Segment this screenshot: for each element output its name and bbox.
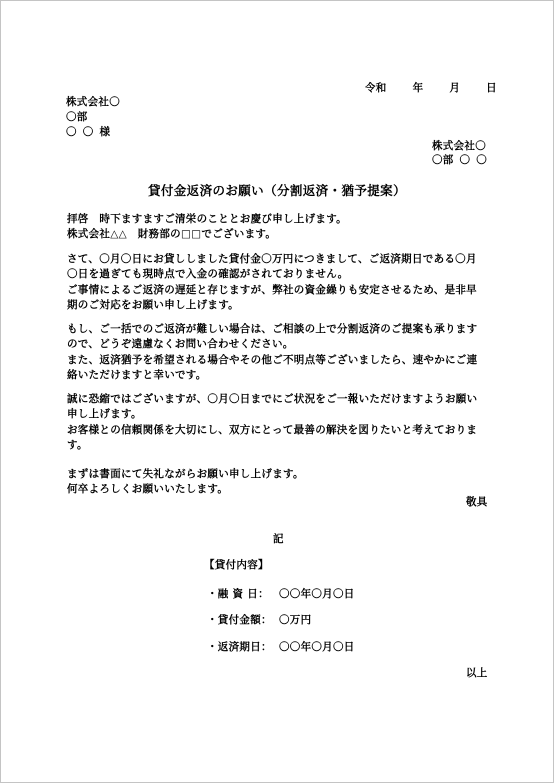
sender-department-name: 〇部 〇 〇 [432,153,487,168]
detail-label: ・融 資 日： [207,586,275,601]
paragraph-1: さて、〇月〇日にお貸ししました貸付金〇万円につきまして、ご返済期日である〇月 〇… [67,252,497,314]
paragraph-line: 〇日を過ぎても現時点で入金の確認がされておりません。 [67,267,497,282]
letter-title: 貸付金返済のお願い（分割返済・猶予提案） [1,181,553,199]
paragraph-line: 誠に恐縮ではございますが、〇月〇日までにご状況をご一報いただけますようお願い [67,392,497,407]
greeting-line: 株式会社△△ 財務部の□□でございます。 [67,227,497,242]
paragraph-2: もし、ご一括でのご返済が難しい場合は、ご相談の上で分割返済のご提案も承ります の… [67,322,497,384]
detail-row-loan-amount: ・貸付金額： 〇万円 [207,612,311,627]
recipient-name: 〇 〇 様 [66,125,110,140]
paragraph-line: お客様との信頼関係を大切にし、双方にとって最善の解決を図りたいと考えておりま [67,423,497,438]
paragraph-line: 申し上げます。 [67,407,497,422]
detail-value: 〇万円 [279,614,311,626]
detail-value: 〇〇年〇月〇日 [279,588,355,600]
paragraph-line: もし、ご一括でのご返済が難しい場合は、ご相談の上で分割返済のご提案も承ります [67,322,497,337]
paragraph-line: 絡いただけますと幸いです。 [67,368,497,383]
recipient-company: 株式会社〇 [66,95,120,110]
ki-heading: 記 [273,532,284,547]
greeting-line: 拝啓 時下ますますご清栄のこととお慶び申し上げます。 [67,212,497,227]
detail-row-due-date: ・返済期日： 〇〇年〇月〇日 [207,639,355,654]
date-era: 令和 [365,81,387,96]
date-day: 日 [486,81,497,96]
date-month: 月 [449,81,460,96]
paragraph-4: まずは書面にて失礼ながらお願い申し上げます。 何卒よろしくお願いいたします。 [67,467,497,498]
paragraph-line: 何卒よろしくお願いいたします。 [67,482,497,497]
date-line: 令和 年 月 日 [365,81,497,96]
detail-label: ・貸付金額： [207,612,275,627]
details-heading: 【貸付内容】 [204,558,269,573]
paragraph-line: さて、〇月〇日にお貸ししました貸付金〇万円につきまして、ご返済期日である〇月 [67,252,497,267]
paragraph-line: 期のご対応をお願い申し上げます。 [67,298,497,313]
paragraph-line: ので、どうぞ遠慮なくお問い合わせください。 [67,337,497,352]
end-ijou: 以上 [466,666,488,681]
recipient-department: 〇部 [66,110,88,125]
closing-keigu: 敬具 [466,495,488,510]
sender-company: 株式会社〇 [432,139,486,154]
detail-label: ・返済期日： [207,639,275,654]
paragraph-3: 誠に恐縮ではございますが、〇月〇日までにご状況をご一報いただけますようお願い 申… [67,392,497,454]
greeting: 拝啓 時下ますますご清栄のこととお慶び申し上げます。 株式会社△△ 財務部の□□… [67,212,497,243]
date-year: 年 [413,81,424,96]
paragraph-line: また、返済猶予を希望される場合やその他ご不明点等ございましたら、速やかにご連 [67,353,497,368]
paragraph-line: ご事情によるご返済の遅延と存じますが、弊社の資金繰りも安定させるため、是非早 [67,283,497,298]
paragraph-line: す。 [67,438,497,453]
detail-value: 〇〇年〇月〇日 [279,641,355,653]
letter-page: 令和 年 月 日 株式会社〇 〇部 〇 〇 様 株式会社〇 〇部 〇 〇 貸付金… [0,0,554,783]
paragraph-line: まずは書面にて失礼ながらお願い申し上げます。 [67,467,497,482]
detail-row-loan-date: ・融 資 日： 〇〇年〇月〇日 [207,586,355,601]
